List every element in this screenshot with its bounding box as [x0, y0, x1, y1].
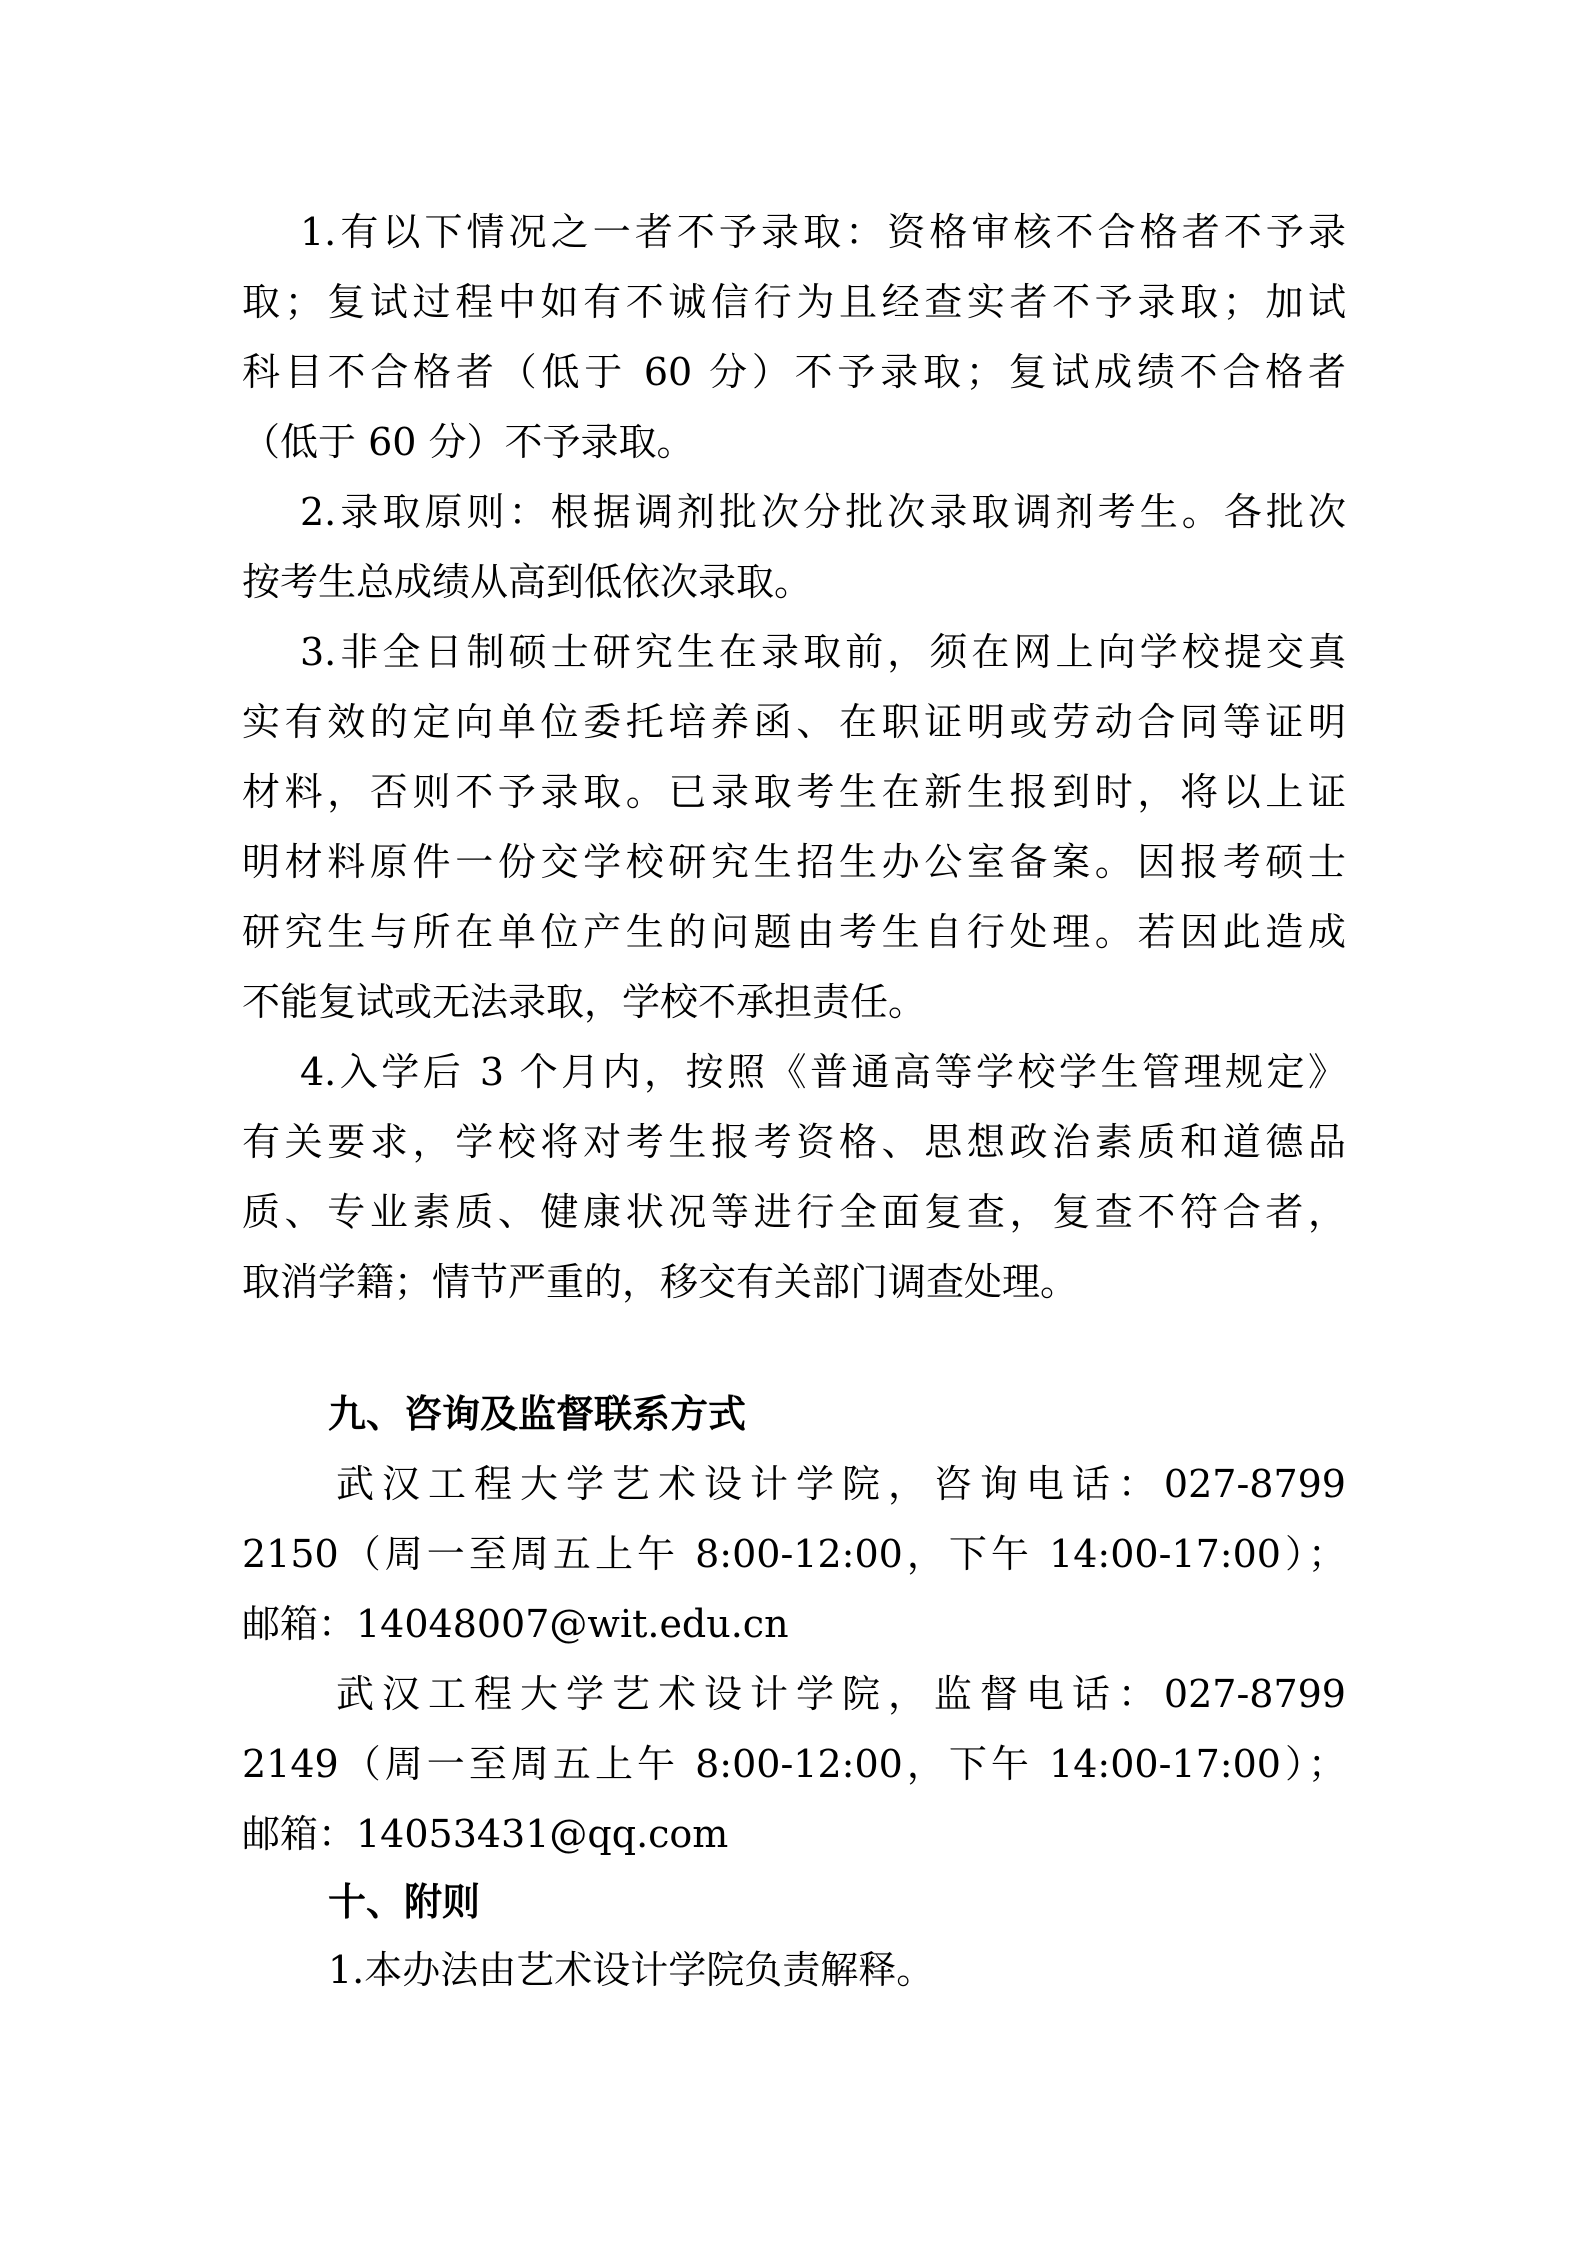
text-line: 有关要求，学校将对考生报考资格、思想政治素质和道德品	[242, 1114, 1346, 1170]
appendix-line: 1.本办法由艺术设计学院负责解释。	[328, 1942, 1346, 1998]
text-line: 1.有以下情况之一者不予录取：资格审核不合格者不予录	[300, 204, 1346, 260]
text-line: 质、专业素质、健康状况等进行全面复查，复查不符合者，	[242, 1184, 1346, 1240]
email-line: 邮箱：14048007@wit.edu.cn	[242, 1596, 1346, 1652]
section-heading-contact: 九、咨询及监督联系方式	[328, 1386, 746, 1442]
text-line: 明材料原件一份交学校研究生招生办公室备案。因报考硕士	[242, 834, 1346, 890]
text-line: 科目不合格者（低于 60 分）不予录取；复试成绩不合格者	[242, 344, 1346, 400]
text-line: 武汉工程大学艺术设计学院，监督电话：027-8799	[336, 1666, 1346, 1722]
document-page: 1.有以下情况之一者不予录取：资格审核不合格者不予录 取；复试过程中如有不诚信行…	[0, 0, 1587, 2245]
text-line: 2.录取原则：根据调剂批次分批次录取调剂考生。各批次	[300, 484, 1346, 540]
text-line: 按考生总成绩从高到低依次录取。	[242, 554, 1346, 610]
text-line: （低于 60 分）不予录取。	[242, 414, 1346, 470]
text-line: 4.入学后 3 个月内，按照《普通高等学校学生管理规定》	[300, 1044, 1346, 1100]
email-line: 邮箱：14053431@qq.com	[242, 1806, 1346, 1862]
text-line: 3.非全日制硕士研究生在录取前，须在网上向学校提交真	[300, 624, 1346, 680]
section-heading-appendix: 十、附则	[328, 1874, 480, 1930]
text-line: 取消学籍；情节严重的，移交有关部门调查处理。	[242, 1254, 1346, 1310]
text-line: 2149（周一至周五上午 8:00-12:00，下午 14:00-17:00）；	[242, 1736, 1346, 1792]
text-line: 取；复试过程中如有不诚信行为且经查实者不予录取；加试	[242, 274, 1346, 330]
text-line: 研究生与所在单位产生的问题由考生自行处理。若因此造成	[242, 904, 1346, 960]
text-line: 实有效的定向单位委托培养函、在职证明或劳动合同等证明	[242, 694, 1346, 750]
text-line: 2150（周一至周五上午 8:00-12:00，下午 14:00-17:00）；	[242, 1526, 1346, 1582]
text-line: 武汉工程大学艺术设计学院，咨询电话：027-8799	[336, 1456, 1346, 1512]
text-line: 不能复试或无法录取，学校不承担责任。	[242, 974, 1346, 1030]
text-line: 材料，否则不予录取。已录取考生在新生报到时，将以上证	[242, 764, 1346, 820]
